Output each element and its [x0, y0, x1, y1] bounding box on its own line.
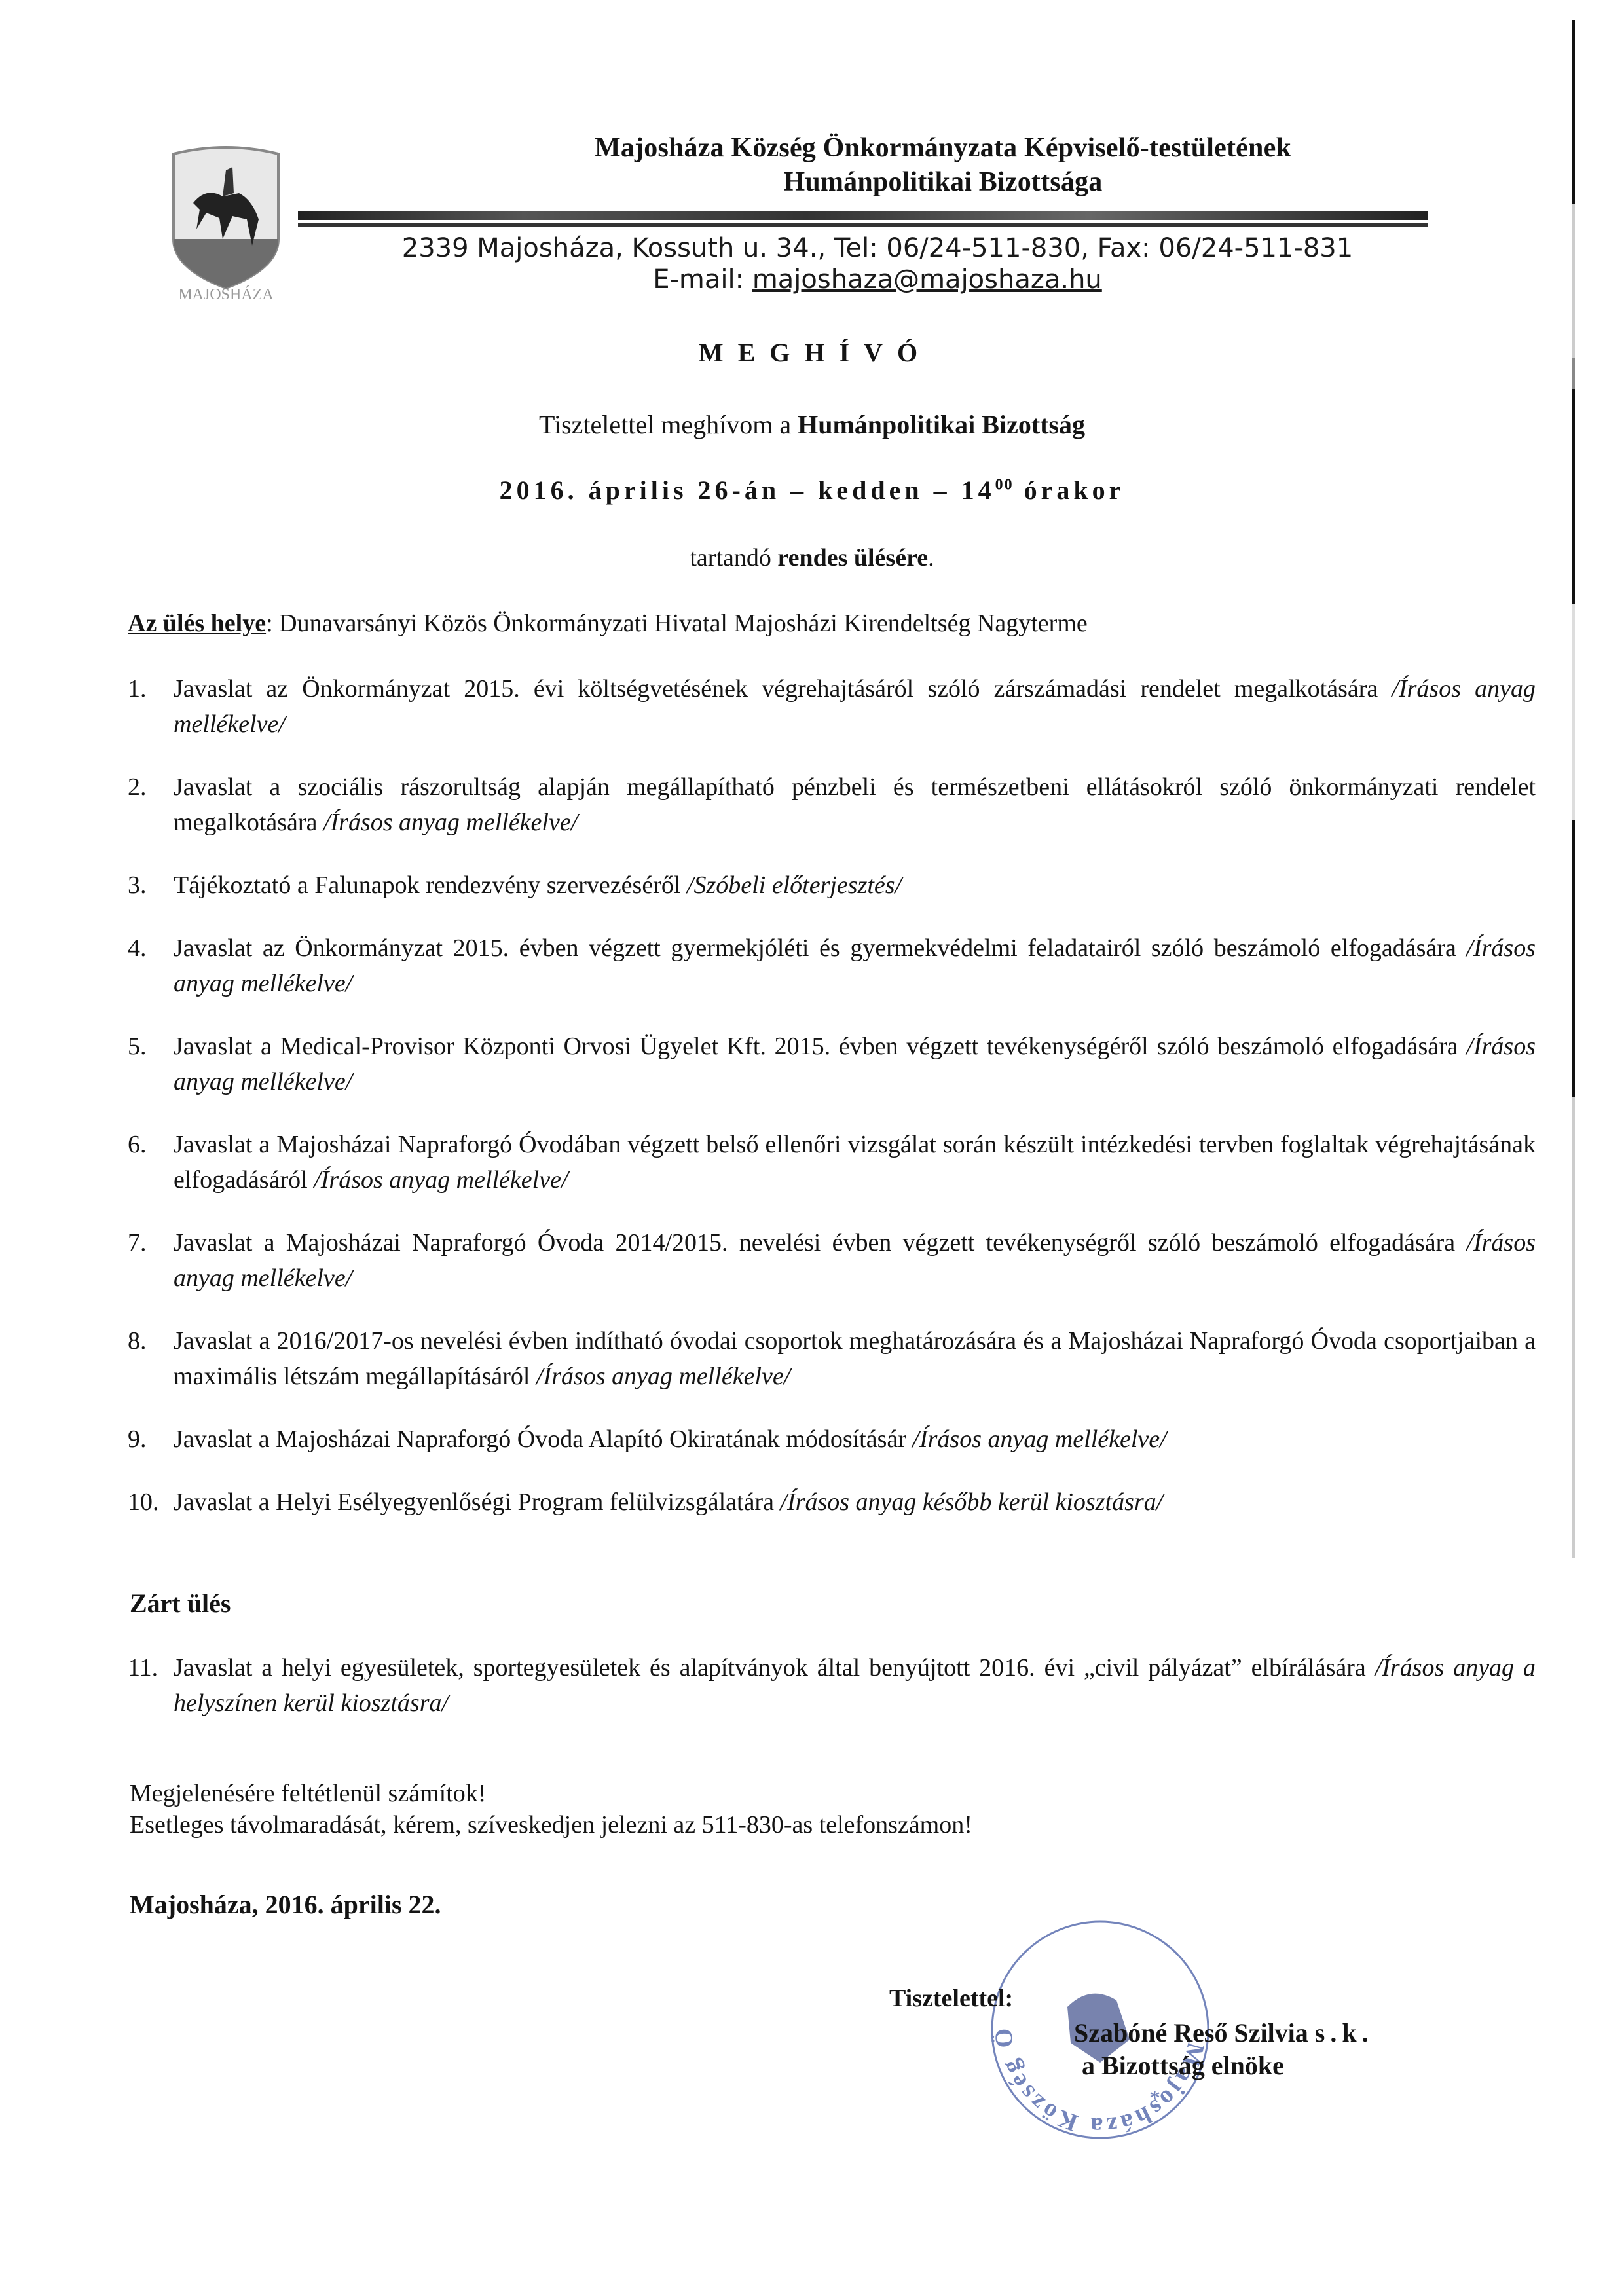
regards-label: Tisztelettel: [889, 1984, 1013, 2013]
agenda-item-number: 2. [128, 769, 147, 805]
agenda-item-text: Javaslat az Önkormányzat 2015. évben vég… [174, 934, 1466, 962]
place-and-date: Majosháza, 2016. április 22. [130, 1889, 441, 1920]
agenda-item-text: Javaslat a Medical-Provisor Központi Orv… [174, 1033, 1466, 1060]
agenda-item: 8.Javaslat a 2016/2017-os nevelési évben… [128, 1323, 1536, 1394]
agenda-item-text: Javaslat az Önkormányzat 2015. évi költs… [174, 675, 1392, 703]
document-title: MEGHÍVÓ [0, 337, 1624, 368]
agenda-item: 2.Javaslat a szociális rászorultság alap… [128, 769, 1536, 840]
scan-edge-line [1572, 20, 1575, 1558]
agenda-item-number: 7. [128, 1225, 147, 1260]
agenda-item-text: Javaslat a Majosházai Napraforgó Óvoda 2… [174, 1229, 1466, 1257]
closing-remarks: Megjelenésére feltétlenül számítok! Eset… [130, 1778, 972, 1841]
closed-session-title: Zárt ülés [130, 1588, 231, 1619]
agenda-item: 5.Javaslat a Medical-Provisor Központi O… [128, 1029, 1536, 1099]
meeting-type: tartandó rendes ülésére. [0, 543, 1624, 572]
agenda-item: 11.Javaslat a helyi egyesületek, sporteg… [128, 1650, 1536, 1721]
agenda-item-note: /Írásos anyag mellékelve/ [536, 1363, 790, 1390]
svg-text:MAJOSHÁZA: MAJOSHÁZA [178, 286, 274, 301]
agenda-item-text: Tájékoztató a Falunapok rendezvény szerv… [174, 872, 687, 899]
organization-title: Majosháza Község Önkormányzata Képviselő… [458, 131, 1428, 199]
agenda-item-note: /Írásos anyag mellékelve/ [323, 809, 578, 836]
svg-text:*: * [1149, 2086, 1160, 2110]
agenda-item-note: /Szóbeli előterjesztés/ [687, 872, 902, 899]
agenda-item: 6.Javaslat a Majosházai Napraforgó Óvodá… [128, 1127, 1536, 1198]
agenda-item-text: Javaslat a 2016/2017-os nevelési évben i… [174, 1327, 1536, 1390]
agenda-item: 1.Javaslat az Önkormányzat 2015. évi köl… [128, 671, 1536, 742]
agenda-item-number: 6. [128, 1127, 147, 1162]
agenda-item-number: 8. [128, 1323, 147, 1359]
agenda-item-note: /Írásos anyag később kerül kiosztásra/ [780, 1488, 1163, 1516]
agenda-item: 4.Javaslat az Önkormányzat 2015. évben v… [128, 930, 1536, 1001]
coat-of-arms-icon: MAJOSHÁZA [160, 141, 291, 301]
agenda-item-number: 3. [128, 868, 147, 903]
agenda-item-note: /Írásos anyag mellékelve/ [314, 1166, 568, 1194]
agenda-item: 9.Javaslat a Majosházai Napraforgó Óvoda… [128, 1422, 1536, 1457]
agenda-item: 10.Javaslat a Helyi Esélyegyenlőségi Pro… [128, 1484, 1536, 1520]
agenda-item: 7.Javaslat a Majosházai Napraforgó Óvoda… [128, 1225, 1536, 1296]
agenda-item-number: 11. [128, 1650, 158, 1685]
letterhead-separator [298, 211, 1428, 228]
meeting-date: 2016. április 26-án – kedden – 1400 órak… [0, 475, 1624, 505]
agenda-item-number: 4. [128, 930, 147, 966]
agenda-item: 3.Tájékoztató a Falunapok rendezvény sze… [128, 868, 1536, 903]
meeting-venue: Az ülés helye: Dunavarsányi Közös Önkorm… [128, 609, 1536, 638]
agenda-item-number: 5. [128, 1029, 147, 1064]
contact-address: 2339 Majosháza, Kossuth u. 34., Tel: 06/… [314, 232, 1441, 295]
agenda-item-note: /Írásos anyag mellékelve/ [912, 1425, 1166, 1453]
agenda-item-number: 1. [128, 671, 147, 707]
agenda-item-number: 9. [128, 1422, 147, 1457]
agenda-list: 1.Javaslat az Önkormányzat 2015. évi köl… [128, 671, 1536, 1547]
email-link[interactable]: majoshaza@majoshaza.hu [752, 265, 1102, 295]
signatory: Szabóné Reső Szilvia s.k. a Bizottság el… [1074, 2017, 1374, 2082]
agenda-item-text: Javaslat a Helyi Esélyegyenlőségi Progra… [174, 1488, 780, 1516]
agenda-item-text: Javaslat a Majosházai Napraforgó Óvoda A… [174, 1425, 912, 1453]
closed-agenda-list: 11.Javaslat a helyi egyesületek, sporteg… [128, 1650, 1536, 1748]
invitation-intro: Tisztelettel meghívom a Humánpolitikai B… [0, 409, 1624, 440]
agenda-item-number: 10. [128, 1484, 159, 1520]
agenda-item-text: Javaslat a helyi egyesületek, sportegyes… [174, 1654, 1375, 1681]
